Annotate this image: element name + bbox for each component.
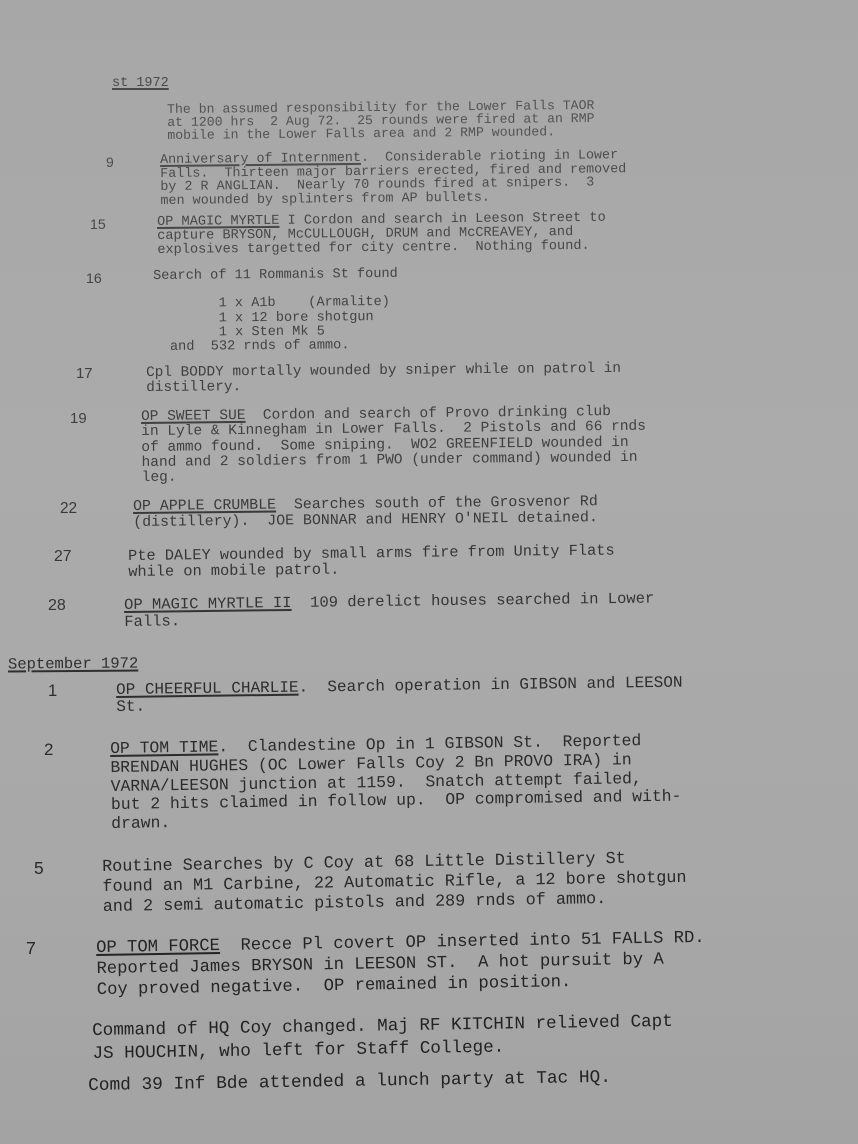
entry-line: Search of 11 Rommanis St found [153, 268, 398, 284]
august-entry-text: OP MAGIC MYRTLE I Cordon and search in L… [157, 212, 606, 258]
september-entry-text: OP CHEERFUL CHARLIE. Search operation in… [116, 675, 683, 716]
august-entry-day: 9 [106, 154, 114, 170]
september-entry-day: 7 [26, 938, 36, 959]
august-entry-text: OP APPLE CRUMBLE Searches south of the G… [133, 495, 598, 531]
august-entry-text: Pte DALEY wounded by small arms fire fro… [128, 542, 615, 580]
september-entry-day: 5 [34, 858, 44, 879]
september-entry-day: 1 [48, 682, 57, 701]
august-entry-text: OP MAGIC MYRTLE II 109 derelict houses s… [124, 591, 655, 631]
intro-line: mobile in the Lower Falls area and 2 RMP… [167, 125, 594, 142]
scanned-document-page: st 1972The bn assumed responsibility for… [0, 0, 858, 1144]
august-entry-day: 19 [70, 410, 87, 427]
august-entry-day: 16 [86, 270, 102, 286]
section-heading-august: st 1972 [112, 76, 169, 91]
intro-paragraph: The bn assumed responsibility for the Lo… [167, 99, 595, 143]
entry-line: men wounded by splinters from AP bullets… [160, 190, 626, 208]
august-entry-text: Cpl BODDY mortally wounded by sniper whi… [146, 362, 621, 396]
august-entry-day: 17 [76, 366, 93, 382]
august-entry-day: 28 [48, 597, 66, 615]
entry-line: and 532 rnds of ammo. [154, 339, 399, 355]
august-entry-day: 15 [90, 216, 106, 232]
note-line: Comd 39 Inf Bde attended a lunch party a… [88, 1067, 611, 1098]
august-entry-day: 22 [60, 500, 77, 518]
september-note: Comd 39 Inf Bde attended a lunch party a… [88, 1067, 611, 1098]
august-entry-day: 27 [54, 548, 72, 566]
entry-line: explosives targetted for city centre. No… [157, 240, 606, 258]
august-entry-text: OP SWEET SUE Cordon and search of Provo … [141, 405, 646, 487]
september-entry-text: Routine Searches by C Coy at 68 Little D… [102, 849, 687, 918]
operation-title: OP CHEERFUL CHARLIE [116, 679, 299, 699]
september-note: Command of HQ Coy changed. Maj RF KITCHI… [92, 1011, 673, 1065]
operation-title: OP TOM FORCE [96, 937, 220, 958]
september-entry-text: OP TOM FORCE Recce Pl covert OP inserted… [96, 928, 706, 1001]
august-entry-text: Search of 11 Rommanis St found 1 x A1b (… [153, 268, 398, 355]
september-entry-text: OP TOM TIME. Clandestine Op in 1 GIBSON … [110, 732, 682, 834]
august-entry-text: Anniversary of Internment. Considerable … [160, 149, 627, 208]
operation-title: OP MAGIC MYRTLE II [124, 594, 292, 614]
september-entry-day: 2 [44, 740, 53, 760]
operation-title: OP APPLE CRUMBLE [133, 498, 276, 515]
entry-line: (distillery). JOE BONNAR and HENRY O'NEI… [133, 511, 598, 532]
section-heading-september: September 1972 [8, 655, 138, 674]
operation-title: OP TOM TIME [110, 737, 218, 758]
entry-line: distillery. [146, 377, 621, 396]
